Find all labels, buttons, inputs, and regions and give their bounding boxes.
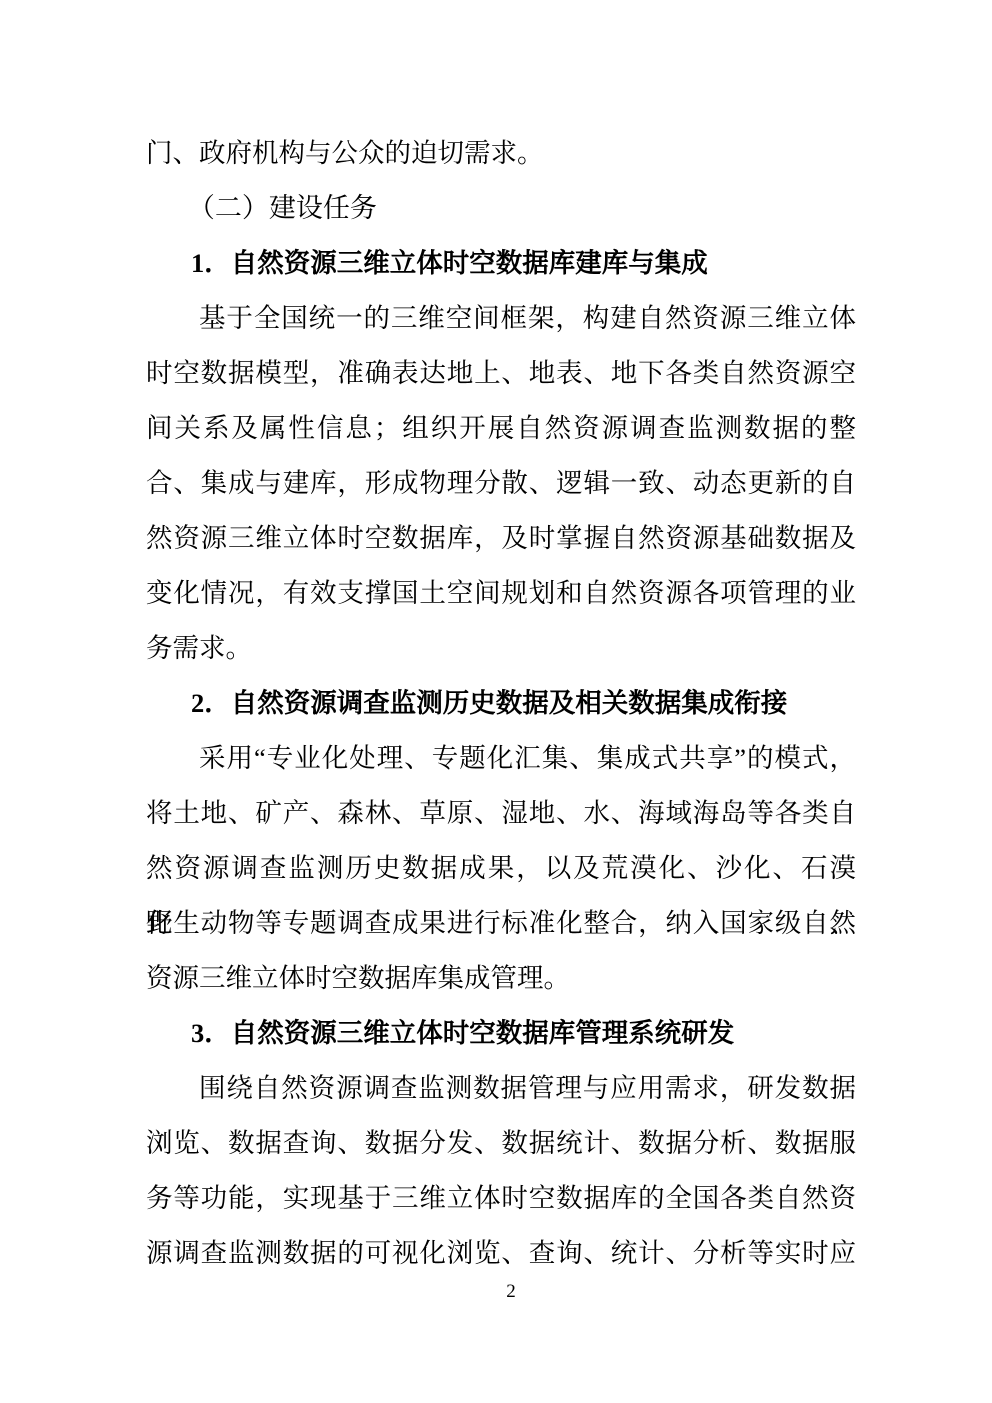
body-line: 然资源调查监测历史数据成果，以及荒漠化、沙化、石漠化、 — [146, 841, 856, 896]
subsection-heading: （二）建设任务 — [146, 181, 856, 236]
body-line: 源调查监测数据的可视化浏览、查询、统计、分析等实时应 — [146, 1226, 856, 1281]
body-line: 然资源三维立体时空数据库，及时掌握自然资源基础数据及 — [146, 511, 856, 566]
body-line: 时空数据模型，准确表达地上、地表、地下各类自然资源空 — [146, 346, 856, 401]
body-line: 野生动物等专题调查成果进行标准化整合，纳入国家级自然 — [146, 896, 856, 951]
body-line: 间关系及属性信息；组织开展自然资源调查监测数据的整 — [146, 401, 856, 456]
page-number: 2 — [146, 1281, 876, 1303]
task-heading: 3．自然资源三维立体时空数据库管理系统研发 — [146, 1006, 856, 1061]
body-line: 务需求。 — [146, 621, 856, 676]
body-line: 采用“专业化处理、专题化汇集、集成式共享”的模式， — [146, 731, 856, 786]
text-column: 门、政府机构与公众的迫切需求。 （二）建设任务 1．自然资源三维立体时空数据库建… — [146, 126, 856, 1281]
body-line: 变化情况，有效支撑国土空间规划和自然资源各项管理的业 — [146, 566, 856, 621]
body-line: 围绕自然资源调查监测数据管理与应用需求，研发数据 — [146, 1061, 856, 1116]
document-page: 门、政府机构与公众的迫切需求。 （二）建设任务 1．自然资源三维立体时空数据库建… — [0, 0, 992, 1403]
body-line: 资源三维立体时空数据库集成管理。 — [146, 951, 856, 1006]
task-heading: 2．自然资源调查监测历史数据及相关数据集成衔接 — [146, 676, 856, 731]
body-line: 合、集成与建库，形成物理分散、逻辑一致、动态更新的自 — [146, 456, 856, 511]
body-line: 将土地、矿产、森林、草原、湿地、水、海域海岛等各类自 — [146, 786, 856, 841]
body-line: 浏览、数据查询、数据分发、数据统计、数据分析、数据服 — [146, 1116, 856, 1171]
task-heading: 1．自然资源三维立体时空数据库建库与集成 — [146, 236, 856, 291]
body-line: 基于全国统一的三维空间框架，构建自然资源三维立体 — [146, 291, 856, 346]
body-line: 务等功能，实现基于三维立体时空数据库的全国各类自然资 — [146, 1171, 856, 1226]
body-line: 门、政府机构与公众的迫切需求。 — [146, 126, 856, 181]
